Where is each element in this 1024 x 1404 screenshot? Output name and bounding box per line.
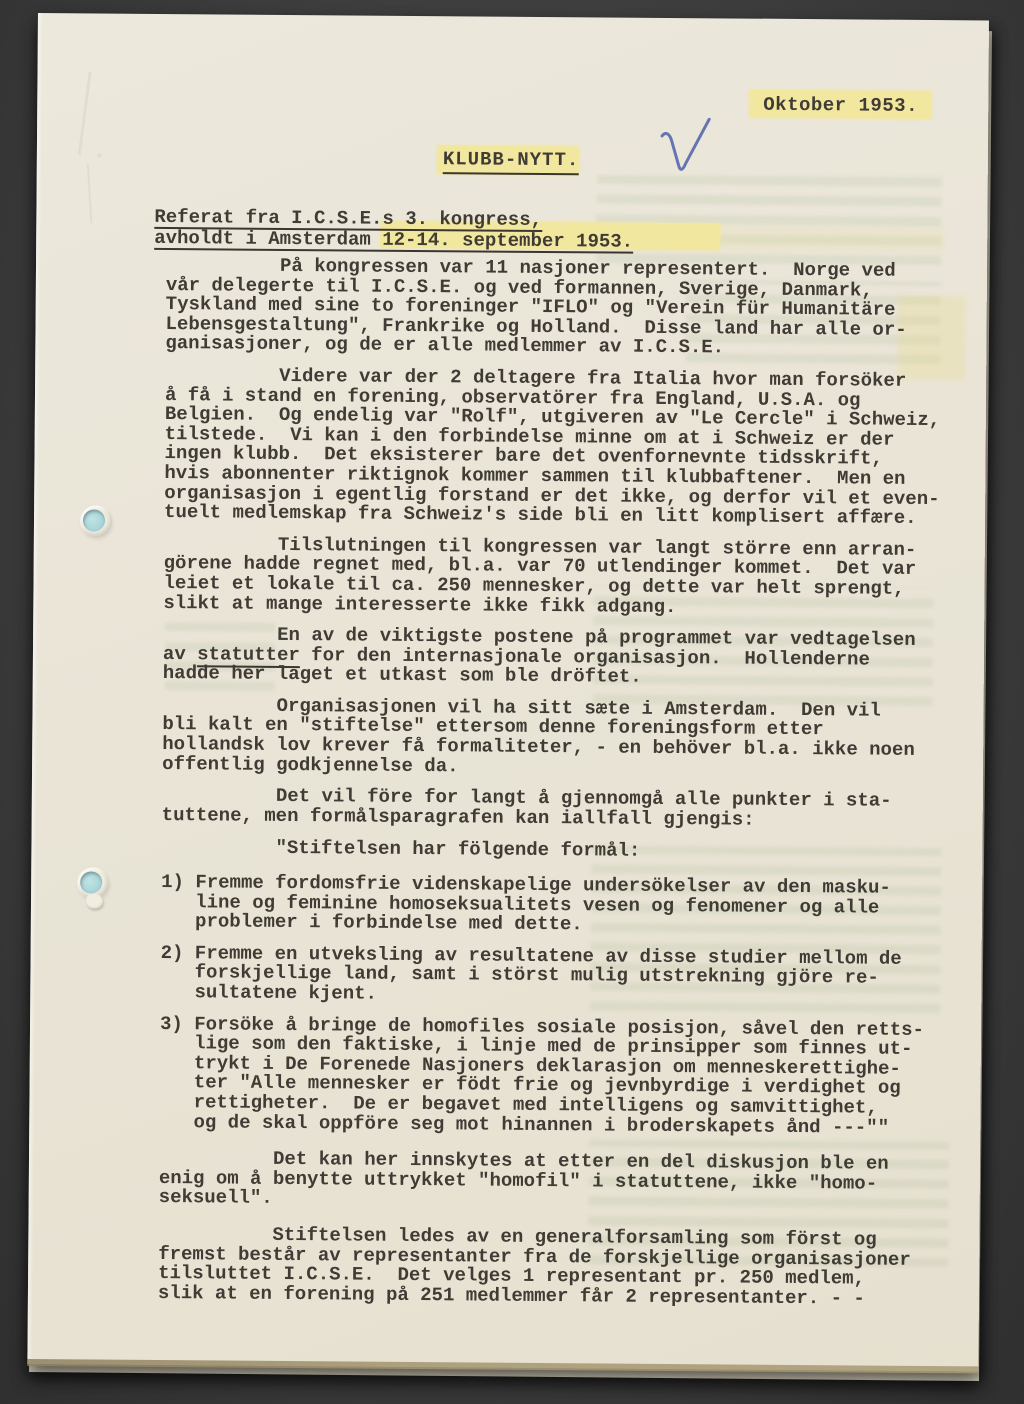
hole-backing bbox=[83, 509, 105, 531]
list-item-3: 3) Forsöke å bringe de homofiles sosiale… bbox=[159, 1015, 970, 1139]
crease-dot bbox=[97, 153, 102, 157]
quote-intro-line: "Stiftelsen har fölgende formål: bbox=[161, 838, 971, 864]
list-item-2: 2) Fremme en utveksling av resultatene a… bbox=[160, 944, 970, 1009]
page-title: KLUBB-NYTT. bbox=[443, 148, 580, 175]
subtitle-heading: Referat fra I.C.S.E.s 3. kongress, avhol… bbox=[154, 208, 633, 253]
paragraph-participants: Videre var der 2 deltagere fra Italia hv… bbox=[164, 366, 975, 529]
paragraph-statute-points: Det vil före for langt å gjennomgå alle … bbox=[162, 786, 972, 832]
list-item-1: 1) Fremme fordomsfrie videnskapelige und… bbox=[161, 873, 971, 938]
crease-line bbox=[87, 163, 93, 223]
paragraph-foundation-seat: Organisasjonen vil ha sitt sæte i Amster… bbox=[162, 696, 973, 781]
punched-hole-top bbox=[80, 505, 112, 537]
pen-checkmark-icon bbox=[657, 114, 718, 178]
date-stamp: Oktober 1953. bbox=[763, 94, 918, 117]
scanned-archive-photo: { "document": { "date_stamp": "Oktober 1… bbox=[0, 0, 1024, 1404]
subtitle-line2: avholdt i Amsterdam 12-14. september 195… bbox=[154, 230, 633, 254]
paragraph-general-assembly: Stiftelsen ledes av en generalforsamling… bbox=[158, 1225, 969, 1310]
document-body: På kongressen var 11 nasjoner represente… bbox=[158, 256, 976, 1322]
hole-backing bbox=[80, 871, 102, 893]
paragraph-statutes: En av de viktigste postene på programmet… bbox=[163, 625, 973, 690]
staple-crease-mark bbox=[78, 72, 92, 156]
paragraph-homofil-term: Det kan her innskytes at etter en del di… bbox=[159, 1149, 969, 1214]
paragraph-attendance: Tilslutningen til kongressen var langt s… bbox=[163, 535, 974, 620]
document-page: Oktober 1953. KLUBB-NYTT. Referat fra I.… bbox=[27, 13, 989, 1371]
bleedthrough-text-area bbox=[596, 167, 942, 265]
paragraph-congress-nations: På kongressen var 11 nasjoner represente… bbox=[165, 256, 976, 360]
punched-hole-bottom bbox=[77, 867, 109, 899]
